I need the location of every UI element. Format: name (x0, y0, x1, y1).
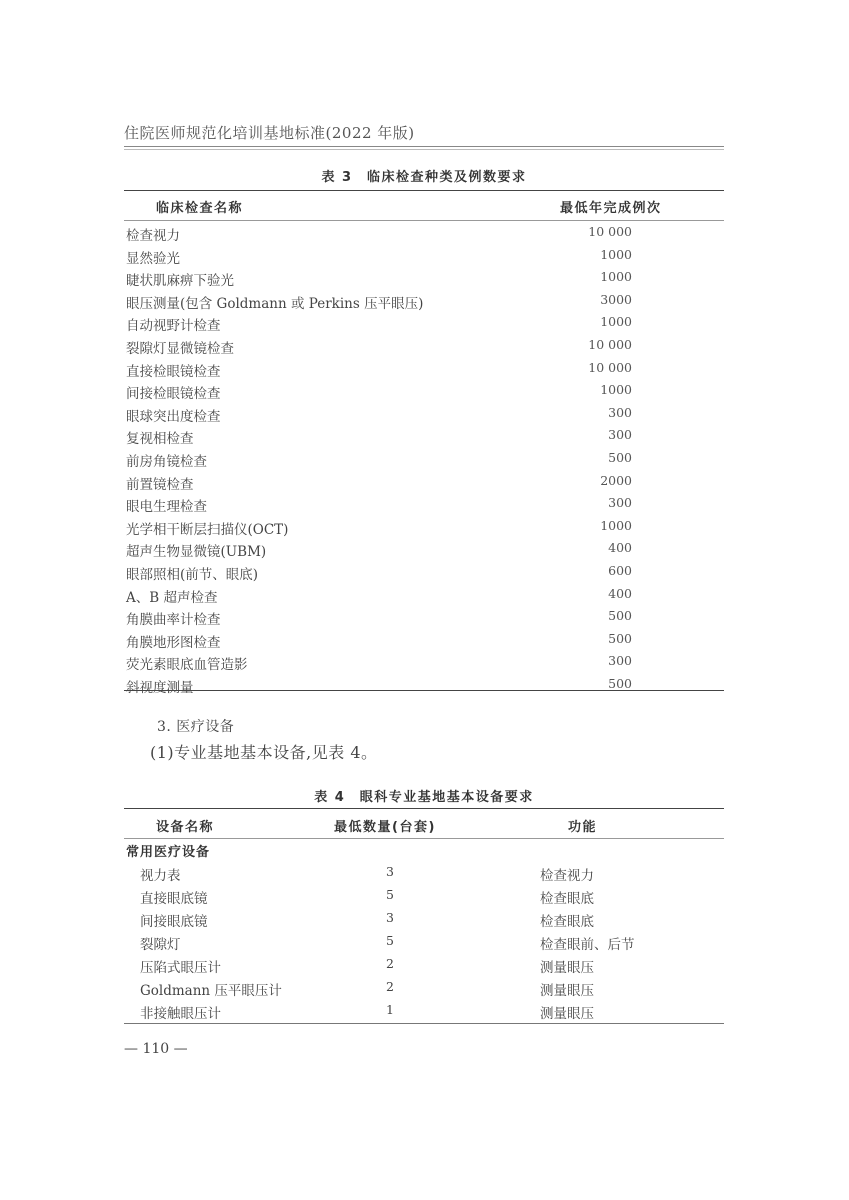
exam-count: 300 (608, 405, 632, 420)
table-row: 非接触眼压计1测量眼压 (124, 1000, 724, 1023)
exam-count: 2000 (600, 473, 632, 488)
table-row: 自动视野计检查1000 (124, 312, 724, 335)
table4-header-name: 设备名称 (156, 816, 214, 835)
table-row: Goldmann 压平眼压计2测量眼压 (124, 977, 724, 1000)
table-row: 复视相检查300 (124, 425, 724, 448)
table-row: 间接检眼镜检查1000 (124, 380, 724, 403)
exam-name: 复视相检查 (126, 427, 194, 447)
exam-count: 500 (608, 608, 632, 623)
exam-name: 眼压测量(包含 Goldmann 或 Perkins 压平眼压) (126, 292, 423, 312)
table3-body: 检查视力10 000 显然验光1000 睫状肌麻痹下验光1000 眼压测量(包含… (124, 222, 724, 696)
exam-name: 眼球突出度检查 (126, 405, 221, 425)
exam-name: 荧光素眼底血管造影 (126, 653, 248, 673)
table-row: 光学相干断层扫描仪(OCT)1000 (124, 516, 724, 539)
section-paragraph: (1)专业基地基本设备,见表 4。 (150, 740, 378, 763)
table4-caption: 表 4 眼科专业基地基本设备要求 (124, 786, 724, 805)
table3-caption: 表 3 临床检查种类及例数要求 (124, 166, 724, 185)
table3-bottom-rule (124, 690, 724, 691)
header-rule (124, 146, 724, 147)
table4-header-func: 功能 (568, 816, 597, 835)
device-qty: 1 (386, 1002, 394, 1017)
section-heading: 3. 医疗设备 (157, 716, 234, 736)
exam-count: 500 (608, 631, 632, 646)
table-row: 直接眼底镜5检查眼底 (124, 885, 724, 908)
exam-count: 300 (608, 653, 632, 668)
exam-name: 眼电生理检查 (126, 495, 207, 515)
exam-count: 1000 (600, 269, 632, 284)
device-name: 间接眼底镜 (140, 910, 208, 930)
exam-name: 前房角镜检查 (126, 450, 207, 470)
table-row: 视力表3检查视力 (124, 862, 724, 885)
table4-bottom-rule (124, 1023, 724, 1024)
page-number: — 110 — (124, 1041, 188, 1057)
exam-count: 1000 (600, 247, 632, 262)
exam-name: 检查视力 (126, 224, 180, 244)
exam-count: 3000 (600, 292, 632, 307)
table-row: 检查视力10 000 (124, 222, 724, 245)
exam-name: 自动视野计检查 (126, 314, 221, 334)
running-head: 住院医师规范化培训基地标准(2022 年版) (124, 122, 415, 143)
exam-count: 10 000 (588, 360, 632, 375)
device-name: 压陷式眼压计 (140, 956, 221, 976)
exam-count: 1000 (600, 314, 632, 329)
table-row: 裂隙灯显微镜检查10 000 (124, 335, 724, 358)
exam-name: A、B 超声检查 (126, 586, 217, 606)
table-row: 眼电生理检查300 (124, 493, 724, 516)
table3-header-count: 最低年完成例次 (560, 197, 662, 216)
exam-count: 400 (608, 540, 632, 555)
exam-name: 眼部照相(前节、眼底) (126, 563, 258, 583)
table-row: 眼压测量(包含 Goldmann 或 Perkins 压平眼压)3000 (124, 290, 724, 313)
table-row: 眼球突出度检查300 (124, 403, 724, 426)
device-qty: 3 (386, 910, 394, 925)
device-qty: 2 (386, 956, 394, 971)
table-row: 前置镜检查2000 (124, 471, 724, 494)
exam-name: 角膜曲率计检查 (126, 608, 221, 628)
table-row: 睫状肌麻痹下验光1000 (124, 267, 724, 290)
table-row: 角膜地形图检查500 (124, 629, 724, 652)
device-function: 测量眼压 (540, 979, 594, 999)
exam-count: 400 (608, 586, 632, 601)
exam-count: 10 000 (588, 337, 632, 352)
device-name: 非接触眼压计 (140, 1002, 221, 1022)
exam-count: 300 (608, 427, 632, 442)
table-row: 裂隙灯5检查眼前、后节 (124, 931, 724, 954)
exam-count: 600 (608, 563, 632, 578)
table3-top-rule (124, 190, 724, 191)
table4-group-label: 常用医疗设备 (126, 841, 210, 860)
device-function: 检查眼底 (540, 910, 594, 930)
table-row: 压陷式眼压计2测量眼压 (124, 954, 724, 977)
exam-name: 斜视度测量 (126, 676, 194, 696)
exam-count: 1000 (600, 518, 632, 533)
table-row: 角膜曲率计检查500 (124, 606, 724, 629)
device-qty: 3 (386, 864, 394, 879)
exam-count: 500 (608, 450, 632, 465)
exam-name: 裂隙灯显微镜检查 (126, 337, 234, 357)
device-qty: 2 (386, 979, 394, 994)
exam-name: 角膜地形图检查 (126, 631, 221, 651)
device-qty: 5 (386, 933, 394, 948)
device-function: 测量眼压 (540, 1002, 594, 1022)
header-rule-secondary (124, 149, 724, 150)
exam-name: 直接检眼镜检查 (126, 360, 221, 380)
table-row: 斜视度测量500 (124, 674, 724, 697)
table3-header-name: 临床检查名称 (156, 197, 243, 216)
table4-header-qty: 最低数量(台套) (334, 816, 436, 835)
table-row: A、B 超声检查400 (124, 584, 724, 607)
table-row: 前房角镜检查500 (124, 448, 724, 471)
exam-name: 前置镜检查 (126, 473, 194, 493)
table-row: 显然验光1000 (124, 245, 724, 268)
device-name: 直接眼底镜 (140, 887, 208, 907)
device-function: 检查视力 (540, 864, 594, 884)
table4-header-rule (124, 838, 724, 839)
table3-header-rule (124, 220, 724, 221)
exam-count: 300 (608, 495, 632, 510)
device-function: 测量眼压 (540, 956, 594, 976)
table-row: 眼部照相(前节、眼底)600 (124, 561, 724, 584)
exam-name: 超声生物显微镜(UBM) (126, 540, 266, 560)
table-row: 间接眼底镜3检查眼底 (124, 908, 724, 931)
exam-name: 间接检眼镜检查 (126, 382, 221, 402)
table4-body: 视力表3检查视力 直接眼底镜5检查眼底 间接眼底镜3检查眼底 裂隙灯5检查眼前、… (124, 862, 724, 1023)
device-function: 检查眼底 (540, 887, 594, 907)
device-name: Goldmann 压平眼压计 (140, 979, 282, 999)
device-name: 视力表 (140, 864, 181, 884)
exam-name: 光学相干断层扫描仪(OCT) (126, 518, 288, 538)
table-row: 超声生物显微镜(UBM)400 (124, 538, 724, 561)
exam-name: 睫状肌麻痹下验光 (126, 269, 234, 289)
table-row: 荧光素眼底血管造影300 (124, 651, 724, 674)
table-row: 直接检眼镜检查10 000 (124, 358, 724, 381)
device-function: 检查眼前、后节 (540, 933, 635, 953)
exam-count: 10 000 (588, 224, 632, 239)
device-name: 裂隙灯 (140, 933, 181, 953)
exam-name: 显然验光 (126, 247, 180, 267)
device-qty: 5 (386, 887, 394, 902)
exam-count: 1000 (600, 382, 632, 397)
table4-top-rule (124, 808, 724, 809)
exam-count: 500 (608, 676, 632, 691)
